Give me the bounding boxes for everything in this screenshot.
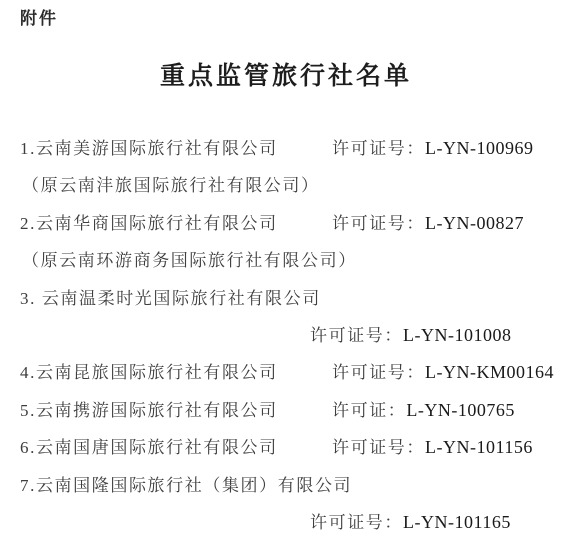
document-page: 附件 重点监管旅行社名单 1.云南美游国际旅行社有限公司 许可证号：L-YN-1… bbox=[0, 0, 570, 544]
license-label: 许可证号： bbox=[310, 513, 403, 532]
list-item-1: 1.云南美游国际旅行社有限公司 许可证号：L-YN-100969 bbox=[20, 138, 552, 175]
item-name: 云南携游国际旅行社有限公司 bbox=[36, 401, 278, 420]
license-line-7: 许可证号：L-YN-101165 bbox=[20, 512, 552, 544]
list-item-4: 4.云南昆旅国际旅行社有限公司 许可证号：L-YN-KM00164 bbox=[20, 362, 552, 399]
license-number: L-YN-100765 bbox=[406, 400, 514, 420]
item-index: 2. bbox=[20, 214, 36, 233]
license: 许可证号：L-YN-101008 bbox=[310, 325, 511, 346]
license-label: 许可证号： bbox=[310, 326, 403, 345]
item-name: 云南国唐国际旅行社有限公司 bbox=[36, 438, 278, 457]
list-item-5: 5.云南携游国际旅行社有限公司 许可证：L-YN-100765 bbox=[20, 400, 552, 437]
license-number: L-YN-00827 bbox=[425, 213, 524, 233]
license-label: 许可证号： bbox=[332, 363, 425, 382]
company-name: 1.云南美游国际旅行社有限公司 bbox=[20, 138, 332, 159]
company-name: 6.云南国唐国际旅行社有限公司 bbox=[20, 437, 332, 458]
license-number: L-YN-101008 bbox=[403, 325, 511, 345]
item-index: 3. bbox=[20, 289, 42, 308]
license-number: L-YN-101165 bbox=[403, 512, 511, 532]
former-name-2: （原云南环游商务国际旅行社有限公司） bbox=[20, 250, 552, 287]
license: 许可证号：L-YN-100969 bbox=[332, 138, 533, 159]
item-index: 6. bbox=[20, 438, 36, 457]
item-name: 云南昆旅国际旅行社有限公司 bbox=[36, 363, 278, 382]
license: 许可证号：L-YN-101165 bbox=[310, 512, 511, 533]
license-label: 许可证： bbox=[332, 401, 406, 420]
item-index: 1. bbox=[20, 139, 36, 158]
item-index: 7. bbox=[20, 476, 36, 495]
company-name: 4.云南昆旅国际旅行社有限公司 bbox=[20, 362, 332, 383]
license: 许可证号：L-YN-00827 bbox=[332, 213, 524, 234]
page-title: 重点监管旅行社名单 bbox=[20, 62, 552, 92]
license-number: L-YN-100969 bbox=[425, 138, 533, 158]
item-name: 云南美游国际旅行社有限公司 bbox=[36, 139, 278, 158]
license-label: 许可证号： bbox=[332, 214, 425, 233]
license: 许可证：L-YN-100765 bbox=[332, 400, 515, 421]
license-label: 许可证号： bbox=[332, 438, 425, 457]
list-item-6: 6.云南国唐国际旅行社有限公司 许可证号：L-YN-101156 bbox=[20, 437, 552, 474]
former-name-1: （原云南沣旅国际旅行社有限公司） bbox=[20, 175, 552, 212]
license-number: L-YN-101156 bbox=[425, 437, 533, 457]
list-item-7: 7.云南国隆国际旅行社（集团）有限公司 bbox=[20, 475, 552, 512]
company-name: 7.云南国隆国际旅行社（集团）有限公司 bbox=[20, 475, 332, 496]
agency-list: 1.云南美游国际旅行社有限公司 许可证号：L-YN-100969 （原云南沣旅国… bbox=[20, 138, 552, 544]
list-item-2: 2.云南华商国际旅行社有限公司 许可证号：L-YN-00827 bbox=[20, 213, 552, 250]
former-name-text: （原云南沣旅国际旅行社有限公司） bbox=[22, 175, 320, 196]
former-name-text: （原云南环游商务国际旅行社有限公司） bbox=[22, 250, 357, 271]
list-item-3: 3. 云南温柔时光国际旅行社有限公司 bbox=[20, 288, 552, 325]
company-name: 5.云南携游国际旅行社有限公司 bbox=[20, 400, 332, 421]
license-label: 许可证号： bbox=[332, 139, 425, 158]
license: 许可证号：L-YN-KM00164 bbox=[332, 362, 554, 383]
license: 许可证号：L-YN-101156 bbox=[332, 437, 533, 458]
item-name: 云南国隆国际旅行社（集团）有限公司 bbox=[36, 476, 352, 495]
license-number: L-YN-KM00164 bbox=[425, 362, 554, 382]
item-index: 5. bbox=[20, 401, 36, 420]
license-line-3: 许可证号：L-YN-101008 bbox=[20, 325, 552, 362]
attachment-label: 附件 bbox=[20, 8, 552, 30]
company-name: 2.云南华商国际旅行社有限公司 bbox=[20, 213, 332, 234]
company-name: 3. 云南温柔时光国际旅行社有限公司 bbox=[20, 288, 332, 309]
item-name: 云南温柔时光国际旅行社有限公司 bbox=[42, 289, 321, 308]
item-name: 云南华商国际旅行社有限公司 bbox=[36, 214, 278, 233]
item-index: 4. bbox=[20, 363, 36, 382]
